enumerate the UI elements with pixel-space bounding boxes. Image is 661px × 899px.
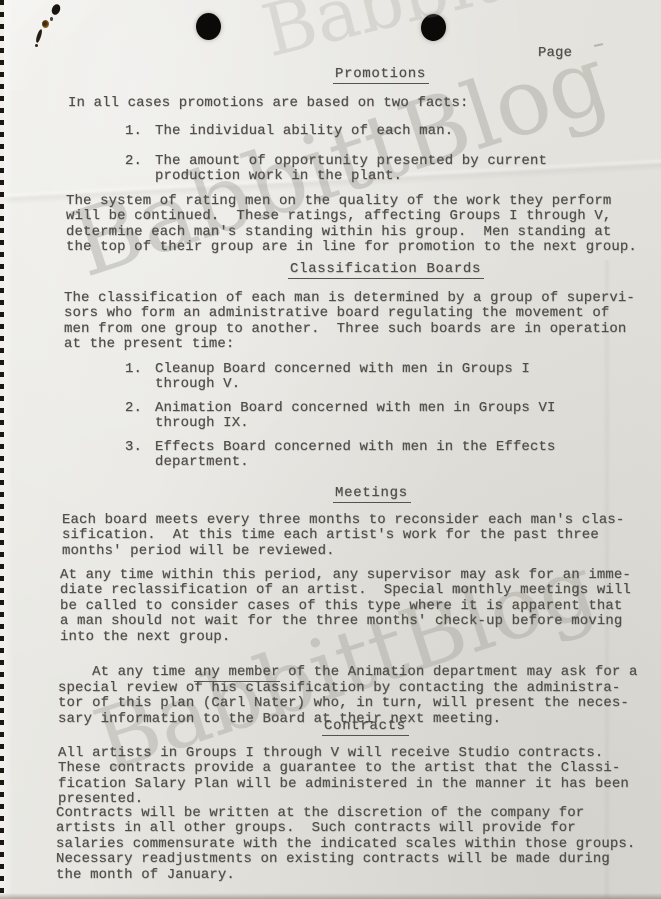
ink-stain: [35, 29, 43, 44]
list-item: 2. Animation Board concerned with men in…: [125, 401, 556, 432]
punch-hole: [196, 13, 221, 40]
list-item: 3. Effects Board concerned with men in t…: [125, 440, 556, 471]
watermark: BabbittBlog: [251, 0, 661, 74]
ink-stain: [35, 44, 38, 47]
scanned-document-page: BabbittBlog BabbittBlog BabbittBlog Page…: [0, 0, 661, 899]
faint-pencil-mark: [594, 43, 603, 47]
list-item-number: 3.: [125, 440, 155, 455]
list-item: 1. The individual ability of each man.: [125, 124, 453, 139]
list-item-text: Cleanup Board concerned with men in Grou…: [155, 362, 530, 393]
list-item-number: 2.: [125, 401, 155, 416]
list-item-number: 1.: [125, 124, 155, 139]
page-number-label: Page: [538, 46, 572, 61]
heading-classification-boards: Classification Boards: [288, 262, 484, 279]
list-item-text: Animation Board concerned with men in Gr…: [155, 401, 556, 432]
list-item-number: 2.: [125, 154, 155, 169]
ink-stain: [50, 3, 62, 16]
paragraph-board-meets: Each board meets every three months to r…: [62, 513, 624, 559]
heading-meetings: Meetings: [333, 486, 411, 503]
list-item-text: Effects Board concerned with men in the …: [155, 440, 556, 471]
list-item: 1. Cleanup Board concerned with men in G…: [125, 362, 530, 393]
heading-contracts: Contracts: [322, 719, 409, 736]
list-item-text: The individual ability of each man.: [155, 124, 453, 139]
paragraph-reclassification: At any time within this period, any supe…: [60, 568, 631, 645]
ink-stain: [50, 17, 53, 21]
paper-bottom-shadow: [0, 893, 661, 899]
paragraph-contract-discretion: Contracts will be written at the discret…: [56, 806, 635, 883]
paragraph-studio-contracts: All artists in Groups I through V will r…: [58, 746, 629, 808]
paragraph-text: At any time: [92, 664, 194, 680]
list-item-number: 1.: [125, 362, 155, 377]
list-item-text: The amount of opportunity presented by c…: [155, 154, 547, 185]
heading-promotions: Promotions: [333, 67, 429, 84]
punch-hole: [419, 12, 448, 42]
corner-fold-shading: [0, 0, 200, 90]
paragraph-classification: The classification of each man is determ…: [64, 291, 635, 353]
paragraph-rating-system: The system of rating men on the quality …: [66, 194, 637, 256]
paragraph-promotions-intro: In all cases promotions are based on two…: [68, 96, 469, 111]
paper-edge-highlight: [4, 0, 13, 899]
list-item: 2. The amount of opportunity presented b…: [125, 154, 547, 185]
ink-stain: [42, 20, 49, 28]
